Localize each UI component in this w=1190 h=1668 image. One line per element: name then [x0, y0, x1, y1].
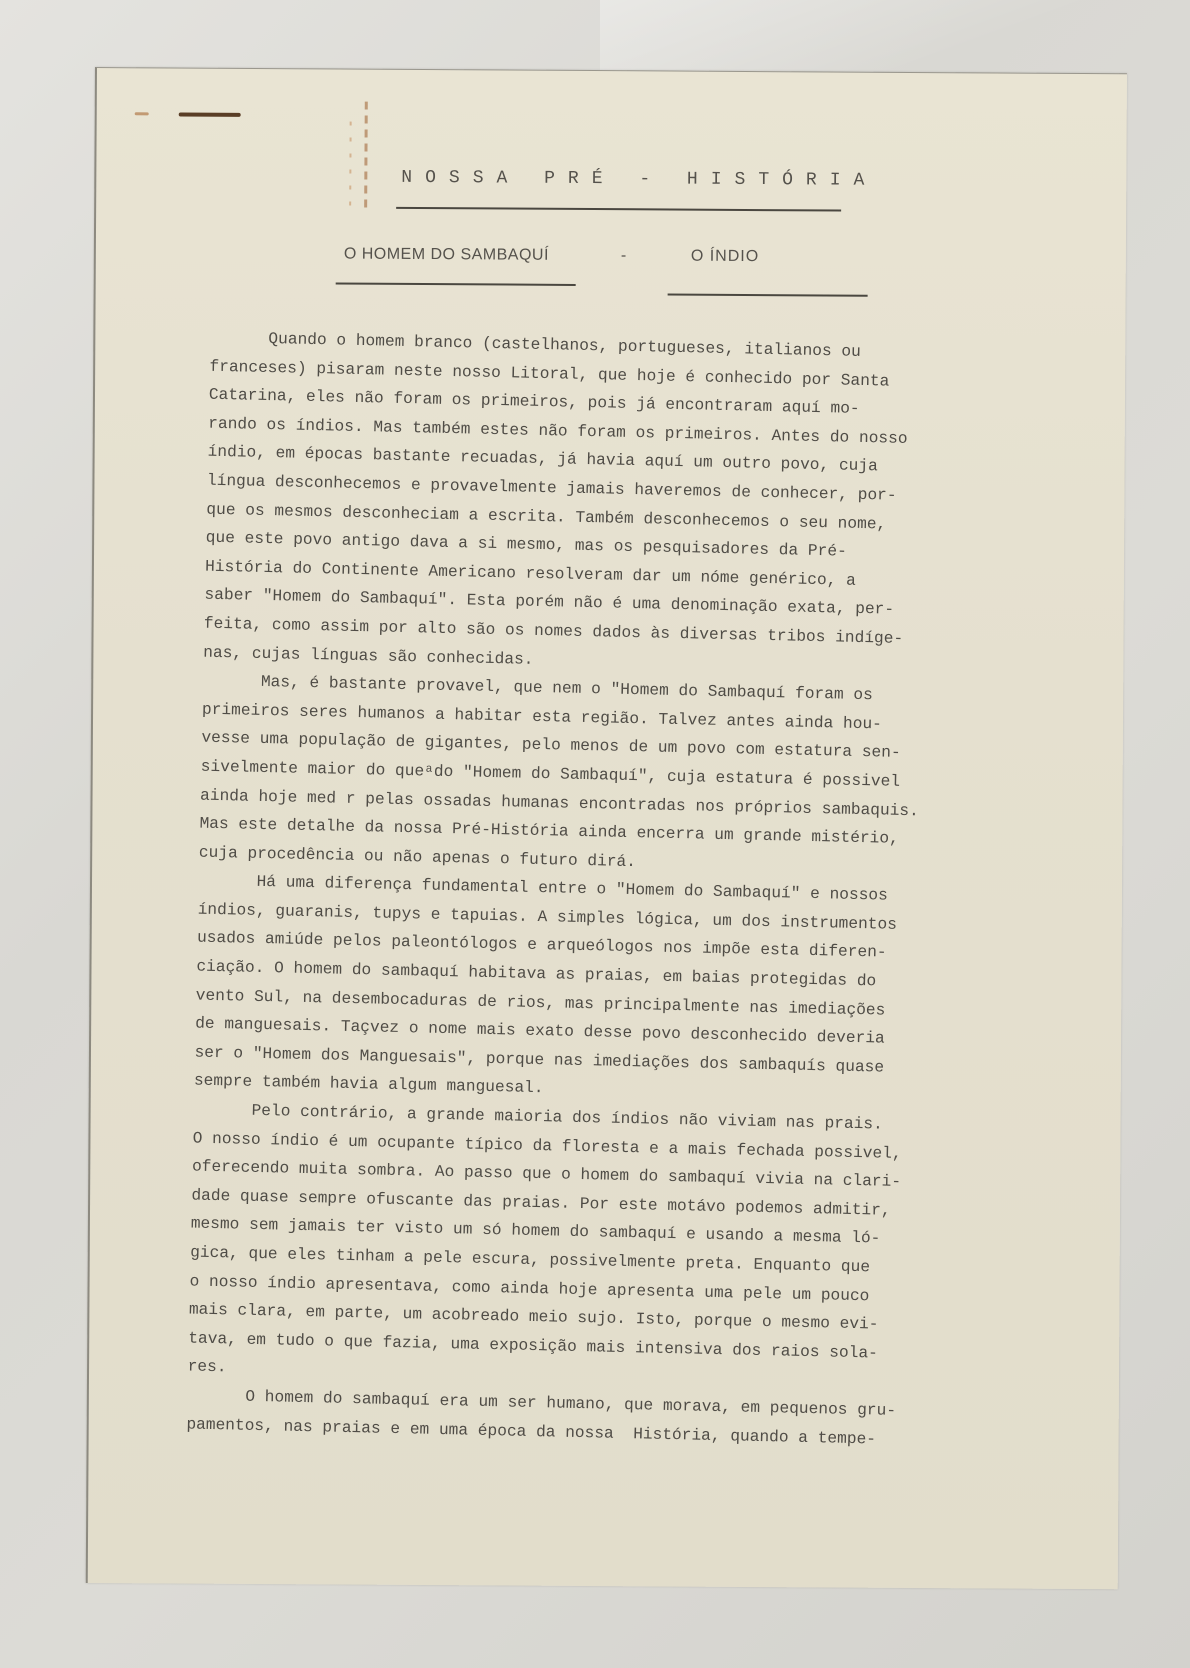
typewritten-page: NOSSA PRÉ - HISTÓRIA O HOMEM DO SAMBAQUÍ…: [86, 67, 1127, 1589]
subtitle-right: O ÍNDIO: [691, 248, 759, 266]
rust-stain: [364, 102, 368, 212]
rust-stain: [135, 112, 149, 115]
subtitle-right-underline: [668, 294, 868, 297]
page-title: NOSSA PRÉ - HISTÓRIA: [401, 168, 877, 191]
subtitle-left-underline: [336, 282, 576, 285]
subtitle-left: O HOMEM DO SAMBAQUÍ: [344, 246, 549, 265]
body-text: Quando o homem branco (castelhanos, port…: [186, 324, 1045, 1457]
rust-stain: [349, 122, 352, 212]
subtitle-separator: -: [621, 247, 626, 265]
staple-mark: [179, 113, 241, 117]
title-underline: [396, 207, 841, 212]
